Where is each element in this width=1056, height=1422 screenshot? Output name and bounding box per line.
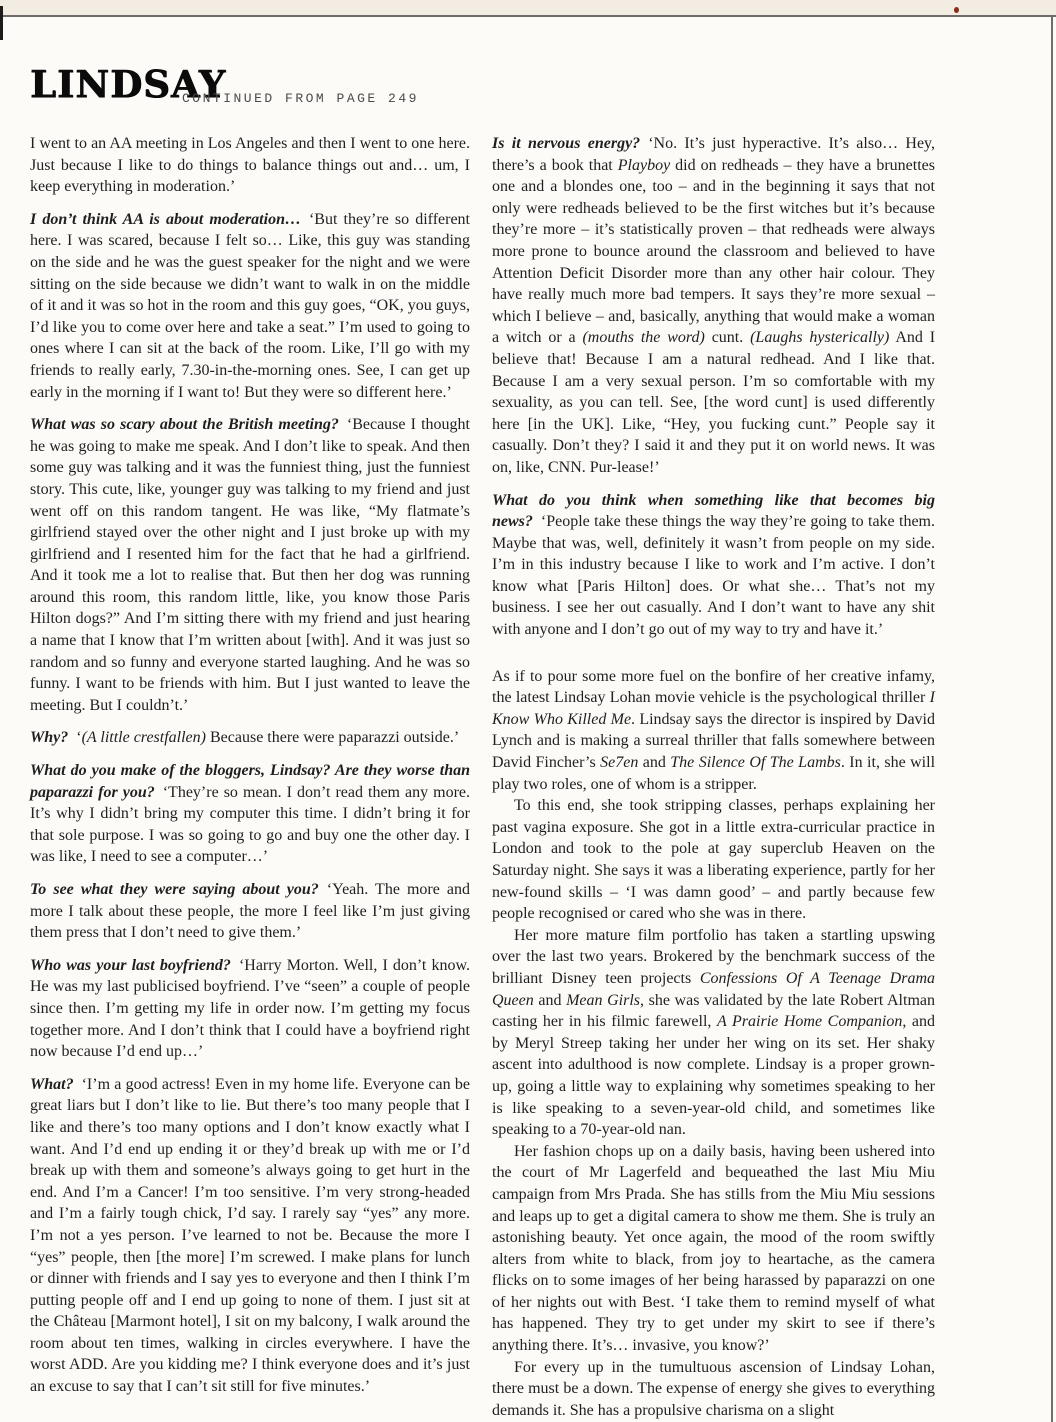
paragraph: I don’t think AA is about moderation… ‘B… [30, 209, 470, 403]
body-text: and [638, 754, 670, 771]
question-text: To see what they were saying about you? [30, 881, 327, 898]
body-text: To this end, she took stripping classes,… [492, 797, 935, 922]
right-scan-line [1051, 17, 1053, 1422]
body-text: (Laughs hysterically) [750, 329, 889, 346]
paragraph: As if to pour some more fuel on the bonf… [492, 666, 935, 796]
body-text: Mean Girls [566, 992, 640, 1009]
top-edge-strip [0, 0, 1056, 15]
continued-from-label: CONTINUED FROM PAGE 249 [182, 91, 419, 106]
body-text: And I believe that! Because I am a natur… [492, 329, 935, 476]
body-text: did on redheads – they have a brunettes … [492, 157, 935, 347]
question-text: What? [30, 1076, 82, 1093]
question-text: Why? [30, 729, 76, 746]
body-text: , and by Meryl Streep taking her under h… [492, 1013, 935, 1138]
body-text: As if to pour some more fuel on the bonf… [492, 668, 935, 707]
paragraph: Who was your last boyfriend? ‘Harry Mort… [30, 955, 470, 1063]
article-body: I went to an AA meeting in Los Angeles a… [30, 133, 935, 1421]
body-text: Her fashion chops up on a daily basis, h… [492, 1143, 935, 1354]
question-text: I don’t think AA is about moderation… [30, 211, 309, 228]
left-scan-mark [0, 6, 3, 40]
paragraph: To this end, she took stripping classes,… [492, 795, 935, 925]
paragraph: I went to an AA meeting in Los Angeles a… [30, 133, 470, 198]
paragraph: What was so scary about the British meet… [30, 414, 470, 716]
column-left: I went to an AA meeting in Los Angeles a… [30, 133, 470, 1409]
question-text: What was so scary about the British meet… [30, 416, 347, 433]
paragraph: Her fashion chops up on a daily basis, h… [492, 1141, 935, 1357]
paragraph: For every up in the tumultuous ascension… [492, 1357, 935, 1422]
body-text: (A little crestfallen) [82, 729, 206, 746]
paragraph: Her more mature film portfolio has taken… [492, 925, 935, 1141]
body-text: and [534, 992, 566, 1009]
body-text: cunt. [705, 329, 750, 346]
body-text: I went to an AA meeting in Los Angeles a… [30, 135, 470, 195]
paragraph: To see what they were saying about you? … [30, 879, 470, 944]
question-text: Who was your last boyfriend? [30, 957, 239, 974]
body-text: ‘People take these things the way they’r… [492, 513, 935, 638]
question-text: Is it nervous energy? [492, 135, 648, 152]
top-scan-line [0, 15, 1056, 17]
body-text: (mouths the word) [582, 329, 704, 346]
body-text: A Prairie Home Companion [717, 1013, 902, 1030]
paragraph: What do you make of the bloggers, Lindsa… [30, 760, 470, 868]
paragraph: Is it nervous energy? ‘No. It’s just hyp… [492, 133, 935, 479]
body-text: Because there were paparazzi outside.’ [206, 729, 459, 746]
paragraph: What do you think when something like th… [492, 490, 935, 641]
body-text: ‘But they’re so different here. I was sc… [30, 211, 470, 401]
magazine-page: LINDSAY CONTINUED FROM PAGE 249 I went t… [0, 0, 1056, 1422]
column-right: Is it nervous energy? ‘No. It’s just hyp… [492, 133, 935, 1421]
paragraph: What? ‘I’m a good actress! Even in my ho… [30, 1074, 470, 1398]
body-text: ‘I’m a good actress! Even in my home lif… [30, 1076, 470, 1395]
body-text: Se7en [600, 754, 638, 771]
body-text: For every up in the tumultuous ascension… [492, 1359, 935, 1419]
paragraph: Why? ‘(A little crestfallen) Because the… [30, 727, 470, 749]
red-speck [954, 7, 959, 13]
body-text: The Silence Of The Lambs [670, 754, 841, 771]
body-text: Playboy [618, 157, 670, 174]
body-text: ‘Because I thought he was going to make … [30, 416, 470, 714]
